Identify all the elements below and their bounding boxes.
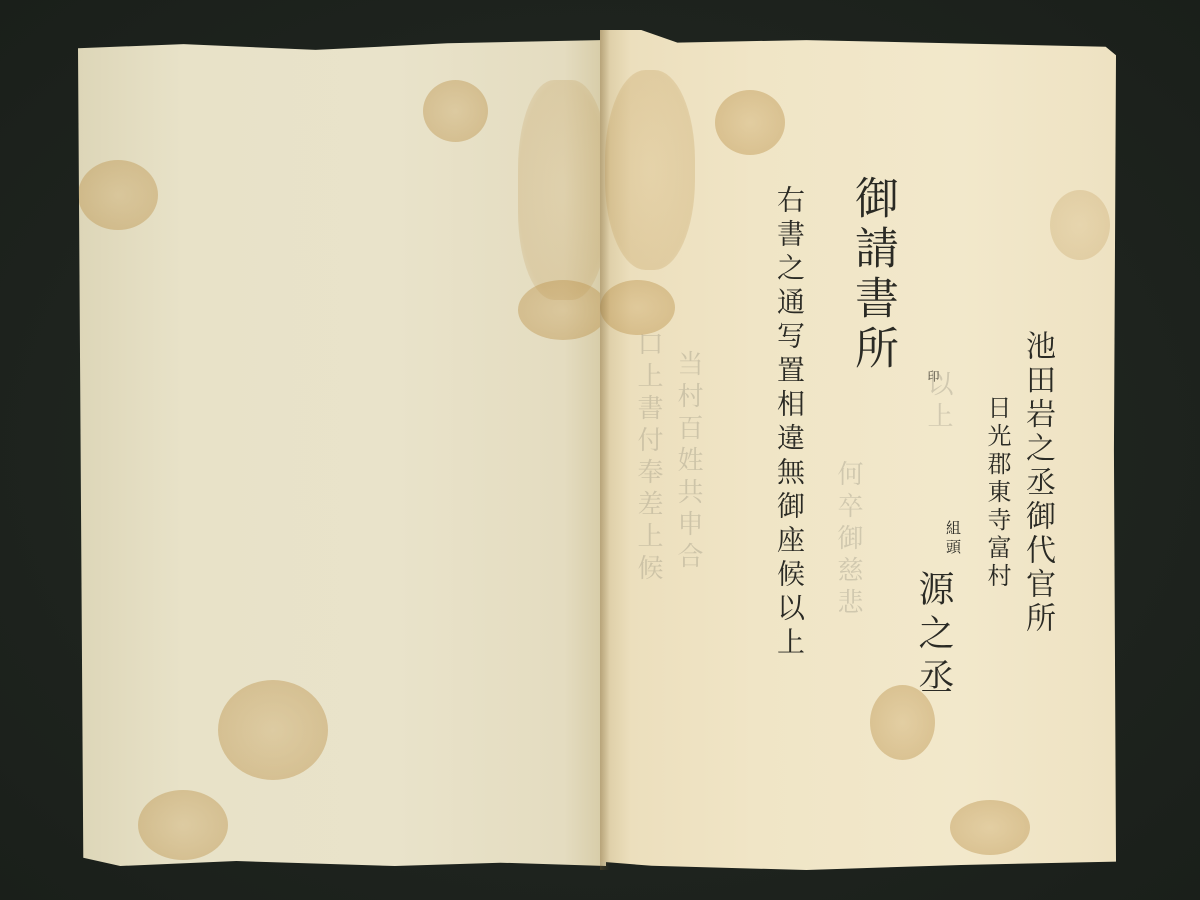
water-stain: [605, 70, 695, 270]
water-stain: [715, 90, 785, 155]
issuer-line: 池田岩之丞御代官所: [1022, 330, 1052, 636]
water-stain: [600, 280, 675, 335]
water-stain: [1050, 190, 1110, 260]
water-stain: [423, 80, 488, 142]
seal-mark: 印: [927, 370, 939, 386]
water-stain: [78, 160, 158, 230]
show-through-text: 口上書付奉差上候: [630, 330, 667, 586]
document-title: 御請書所: [850, 175, 894, 375]
show-through-text: 何卒御慈悲: [830, 460, 867, 620]
book-spine: [600, 30, 610, 870]
water-stain: [950, 800, 1030, 855]
signer-name: 源之丞: [915, 570, 951, 702]
role-label: 組頭: [945, 520, 960, 558]
document-photo: 口上書付奉差上候 当村百姓共申合 何卒御慈悲 以上 御請書所 池田岩之丞御代官所…: [0, 0, 1200, 900]
left-page: [78, 40, 606, 866]
water-stain: [138, 790, 228, 860]
water-stain: [218, 680, 328, 780]
water-stain: [518, 80, 606, 300]
village-line: 日光郡東寺富村: [985, 395, 1009, 591]
show-through-text: 当村百姓共申合: [670, 350, 707, 574]
body-line: 右書之通写置相違無御座候以上: [775, 185, 803, 661]
